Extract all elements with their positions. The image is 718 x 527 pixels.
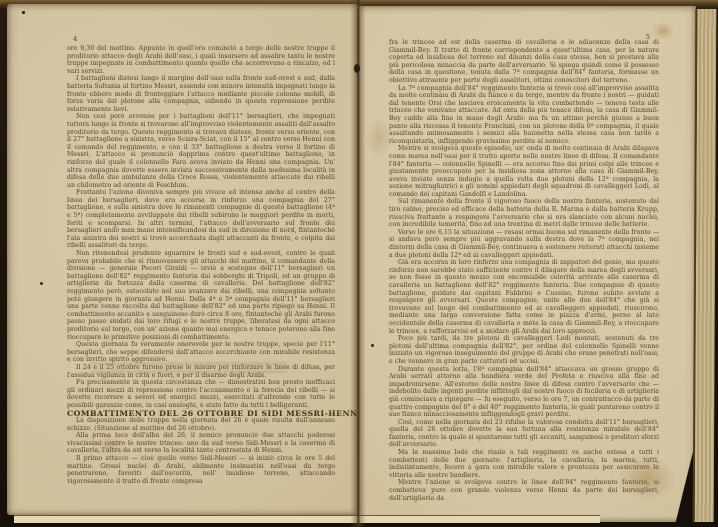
right-text-column: fra le trincee ad est della caserma di c…: [389, 39, 659, 502]
body-paragraph: Il primo attacco — cioè quello verso Sid…: [67, 455, 335, 485]
book-gutter-shadow: [350, 0, 366, 527]
body-paragraph: fra le trincee ad est della caserma di c…: [389, 39, 659, 85]
body-paragraph: La disposizione delle truppe nella giorn…: [67, 417, 335, 432]
page-under-edge: [14, 515, 600, 523]
ink-speck: [22, 11, 25, 14]
ink-speck: [40, 282, 43, 285]
binding-stitch-mark: [354, 64, 360, 73]
body-paragraph: Ma la massima lode che risale a tali reg…: [389, 449, 659, 479]
body-paragraph: Frattanto l'azione diveniva sempre più v…: [67, 189, 335, 250]
section-heading: COMBATTIMENTO DEL 26 OTTOBRE DI SIDI MES…: [67, 410, 335, 418]
body-paragraph: Mentre l'azione si svolgeva contro le li…: [389, 479, 659, 502]
body-paragraph: La 7ª compagnia dell'84° reggimento fant…: [389, 85, 659, 146]
body-paragraph: Mentre si svolgeva questo episodio, un' …: [389, 145, 659, 198]
body-paragraph: Il 24 e il 25 ottobre furono prese le mi…: [67, 364, 335, 379]
body-paragraph: ore 9,30 del mattino. Appunto in quell'o…: [67, 45, 335, 75]
left-page-number: 4: [73, 35, 77, 43]
ink-speck: [371, 344, 374, 347]
body-paragraph: Poco più tardi, da tre plotoni di cavall…: [389, 335, 659, 365]
left-page: 4 ore 9,30 del mattino. Appunto in quell…: [7, 4, 358, 515]
body-paragraph: Non ritenendosi prudente sguarnire le fr…: [67, 250, 335, 341]
left-text-column: ore 9,30 del mattino. Appunto in quell'o…: [67, 45, 335, 485]
body-paragraph: Verso le ore 6,15 la situazione — resasi…: [389, 229, 659, 259]
body-paragraph: Questa giornata fu veramente onorevole p…: [67, 341, 335, 364]
body-paragraph: Fu precisamente in questa circostanza ch…: [67, 379, 335, 409]
book-spread-photo: 4 ore 9,30 del mattino. Appunto in quell…: [0, 0, 718, 527]
body-paragraph: I battaglioni distesi lungo il margine d…: [67, 75, 335, 113]
body-paragraph: Già era accorsa in loro rinforzo una com…: [389, 259, 659, 335]
body-paragraph: Durante questa lotta, l'8ª compagnia del…: [389, 366, 659, 419]
body-paragraph: Non così però avvenne per i battaglioni …: [67, 113, 335, 189]
right-page: 5 fra le trincee ad est della caserma di…: [358, 6, 696, 522]
book-fore-edge: [693, 9, 717, 522]
body-paragraph: Alla prima luce dell'alba del 26, il nem…: [67, 432, 335, 455]
body-paragraph: Così, come nella giornata del 23 rifulse…: [389, 419, 659, 449]
body-paragraph: Sul rimanente della fronte il vigoroso f…: [389, 198, 659, 228]
